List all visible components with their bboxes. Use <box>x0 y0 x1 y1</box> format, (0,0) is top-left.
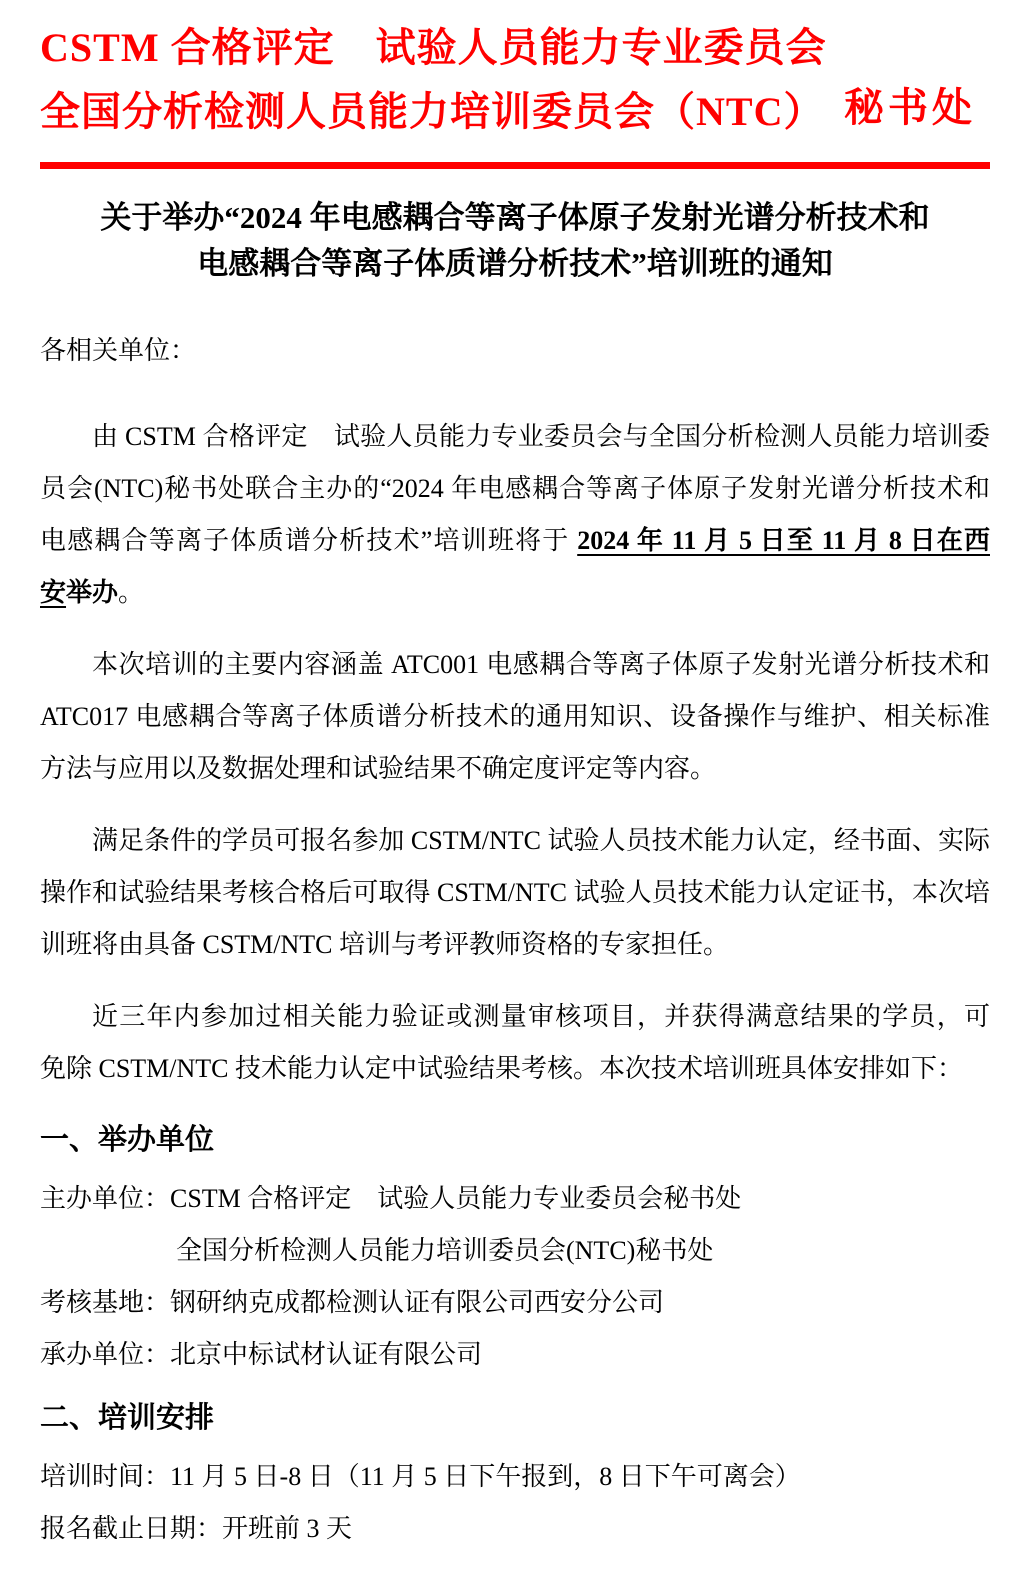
notice-title: 关于举办“2024 年电感耦合等离子体原子发射光谱分析技术和 电感耦合等离子体质… <box>40 195 990 287</box>
paragraph-3-line-2: 操作和试验结果考核合格后可取得 CSTM/NTC 试验人员技术能力认定证书，本次… <box>40 867 990 919</box>
paragraph-4-line-2: 免除 CSTM/NTC 技术能力认定中试验结果考核。本次技术培训班具体安排如下： <box>40 1043 990 1095</box>
registration-deadline-line: 报名截止日期：开班前 3 天 <box>40 1503 990 1555</box>
section-2-body: 培训时间：11 月 5 日-8 日（11 月 5 日下午报到，8 日下午可离会）… <box>40 1451 990 1555</box>
paragraph-1-line-1: 由 CSTM 合格评定 试验人员能力专业委员会与全国分析检测人员能力培训委 <box>40 411 990 463</box>
held-bold-text: 举办 <box>66 578 118 607</box>
paragraph-2-line-2: ATC017 电感耦合等离子体质谱分析技术的通用知识、设备操作与维护、相关标准 <box>40 691 990 743</box>
paragraph-1-line-2: 员会(NTC)秘书处联合主办的“2024 年电感耦合等离子体原子发射光谱分析技术… <box>40 463 990 515</box>
section-1-heading: 一、举办单位 <box>40 1119 990 1161</box>
paragraph-2-line-3: 方法与应用以及数据处理和试验结果不确定度评定等内容。 <box>40 743 990 795</box>
assessment-base-line: 考核基地：钢研纳克成都检测认证有限公司西安分公司 <box>40 1277 990 1329</box>
training-dates-underlined: 2024 年 11 月 5 日至 11 月 8 日在西 <box>577 526 990 555</box>
paragraph-2: 本次培训的主要内容涵盖 ATC001 电感耦合等离子体原子发射光谱分析技术和 A… <box>40 639 990 795</box>
host-unit-line-1: 主办单位：CSTM 合格评定 试验人员能力专业委员会秘书处 <box>40 1173 990 1225</box>
section-1-body: 主办单位：CSTM 合格评定 试验人员能力专业委员会秘书处 全国分析检测人员能力… <box>40 1173 990 1381</box>
paragraph-1-line-3-text: 电感耦合等离子体质谱分析技术”培训班将于 <box>40 526 577 555</box>
sentence-period: 。 <box>118 578 144 607</box>
notice-title-line-2: 电感耦合等离子体质谱分析技术”培训班的通知 <box>40 241 990 287</box>
org-name-line-1: CSTM 合格评定 试验人员能力专业委员会 <box>40 16 990 80</box>
paragraph-2-line-1: 本次培训的主要内容涵盖 ATC001 电感耦合等离子体原子发射光谱分析技术和 <box>40 639 990 691</box>
paragraph-4: 近三年内参加过相关能力验证或测量审核项目，并获得满意结果的学员，可 免除 CST… <box>40 991 990 1095</box>
secretariat-label: 秘书处 <box>844 76 976 133</box>
paragraph-3: 满足条件的学员可报名参加 CSTM/NTC 试验人员技术能力认定，经书面、实际 … <box>40 815 990 971</box>
notice-document-page: CSTM 合格评定 试验人员能力专业委员会 全国分析检测人员能力培训委员会（NT… <box>0 0 1030 1590</box>
paragraph-1: 由 CSTM 合格评定 试验人员能力专业委员会与全国分析检测人员能力培训委 员会… <box>40 411 990 619</box>
letterhead-divider-rule <box>40 162 990 169</box>
section-2-heading: 二、培训安排 <box>40 1397 990 1439</box>
paragraph-3-line-1: 满足条件的学员可报名参加 CSTM/NTC 试验人员技术能力认定，经书面、实际 <box>40 815 990 867</box>
organizer-line: 承办单位：北京中标试材认证有限公司 <box>40 1329 990 1381</box>
host-unit-line-2: 全国分析检测人员能力培训委员会(NTC)秘书处 <box>176 1225 990 1277</box>
paragraph-4-line-1: 近三年内参加过相关能力验证或测量审核项目，并获得满意结果的学员，可 <box>40 991 990 1043</box>
paragraph-1-line-3: 电感耦合等离子体质谱分析技术”培训班将于 2024 年 11 月 5 日至 11… <box>40 515 990 567</box>
salutation: 各相关单位： <box>40 331 990 371</box>
notice-title-line-1: 关于举办“2024 年电感耦合等离子体原子发射光谱分析技术和 <box>40 195 990 241</box>
training-time-line: 培训时间：11 月 5 日-8 日（11 月 5 日下午报到，8 日下午可离会） <box>40 1451 990 1503</box>
training-city-underlined: 安 <box>40 578 66 607</box>
paragraph-1-line-4: 安举办。 <box>40 567 990 619</box>
paragraph-3-line-3: 训班将由具备 CSTM/NTC 培训与考评教师资格的专家担任。 <box>40 919 990 971</box>
letterhead: CSTM 合格评定 试验人员能力专业委员会 全国分析检测人员能力培训委员会（NT… <box>40 16 990 144</box>
